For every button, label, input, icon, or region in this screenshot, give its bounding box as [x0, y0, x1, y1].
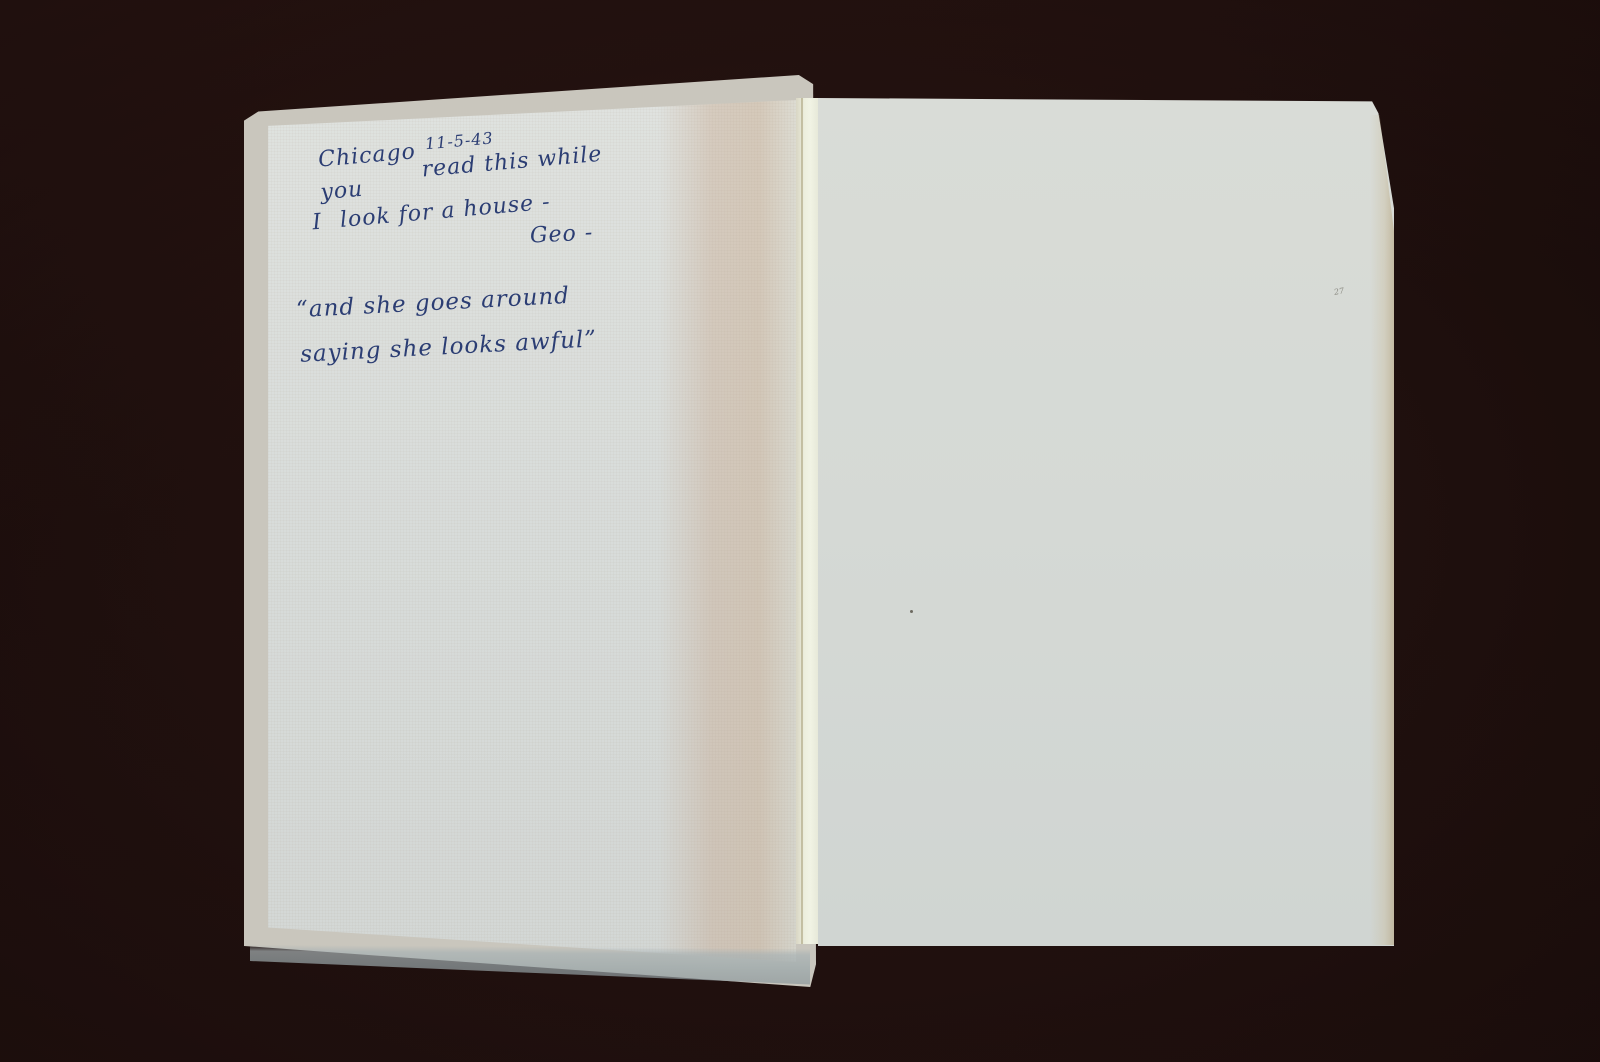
book-gutter-hinge: [796, 98, 820, 944]
page-speck: [910, 610, 913, 613]
right-blank-page: [818, 98, 1394, 946]
inscription-line-3-start: I: [311, 210, 323, 236]
inscription-signature: Geo -: [529, 220, 593, 248]
right-page-text-block-edge: [1370, 115, 1394, 945]
inscription-line-2-start: you: [319, 177, 364, 206]
pencil-page-mark: 27: [1333, 286, 1345, 297]
